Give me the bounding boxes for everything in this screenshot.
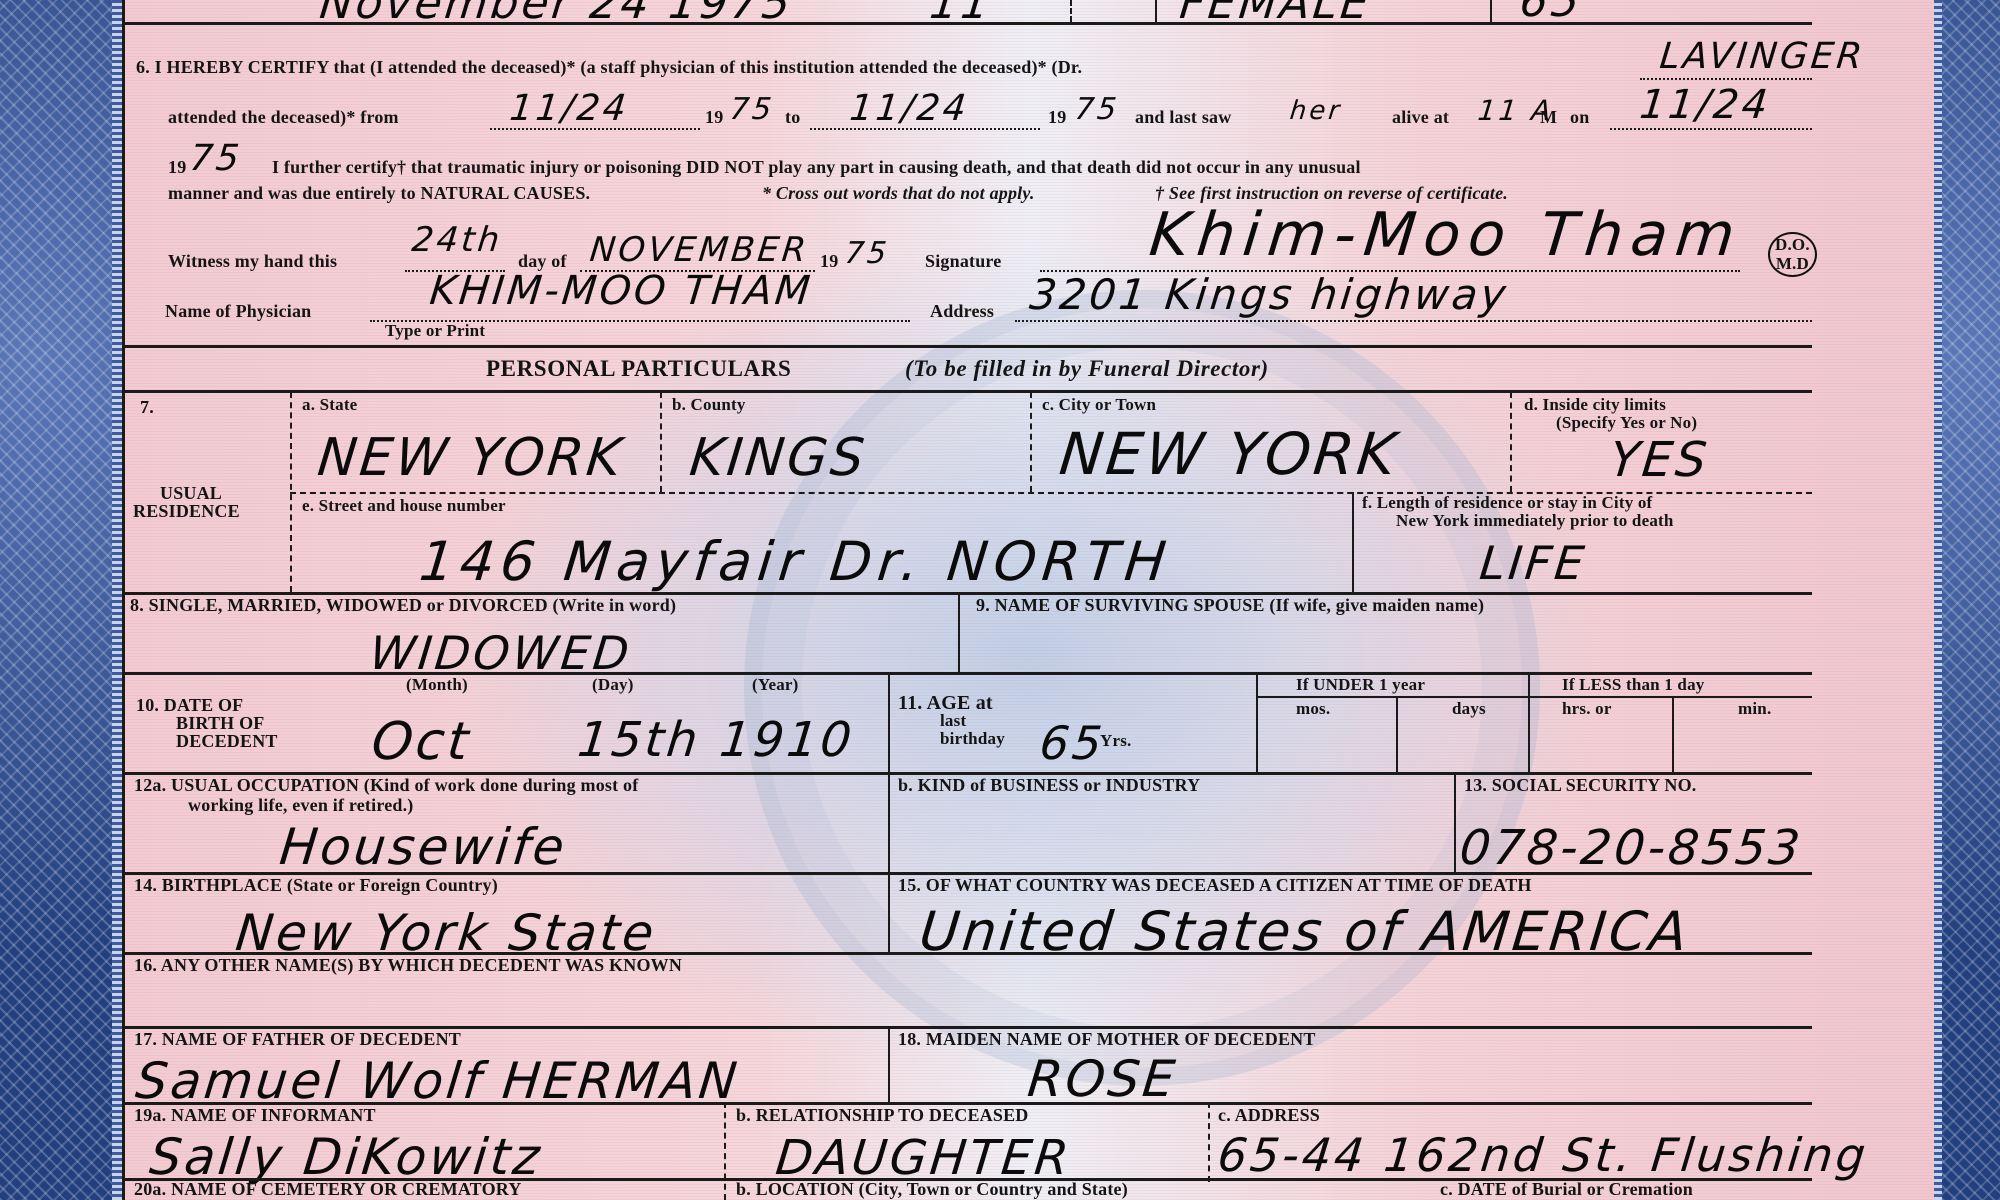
year-prefix: 19 (1048, 108, 1066, 128)
informant-address-value: 65-44 162nd St. Flushing (1215, 1128, 1871, 1182)
alive-at-label: alive at (1392, 108, 1449, 128)
witness-day-value: 24th (410, 220, 504, 260)
divider (1070, 0, 1072, 22)
divider (1208, 1102, 1210, 1182)
mother-maiden-value: ROSE (1025, 1050, 1181, 1108)
meridiem: M (1540, 108, 1557, 128)
divider (1528, 672, 1530, 772)
to-label: to (785, 108, 800, 128)
witness-month-value: NOVEMBER (588, 230, 811, 270)
length-residence-sublabel: New York immediately prior to death (1396, 512, 1674, 531)
divider (1155, 0, 1157, 22)
credential-circle: D.O. M.D (1768, 232, 1817, 277)
street-label: e. Street and house number (302, 497, 506, 516)
informant-address-label: c. ADDRESS (1218, 1106, 1320, 1126)
marital-status-label: 8. SINGLE, MARRIED, WIDOWED or DIVORCED … (130, 596, 676, 616)
min-label: min. (1738, 700, 1771, 719)
business-label: b. KIND of BUSINESS or INDUSTRY (898, 776, 1200, 796)
year-prefix: 19 (705, 108, 723, 128)
county-label: b. County (672, 396, 746, 415)
divider (888, 772, 890, 872)
type-or-print-label: Type or Print (385, 322, 485, 341)
citizenship-label: 15. OF WHAT COUNTRY WAS DECEASED A CITIZ… (898, 876, 1532, 896)
certify-line-1: 6. I HEREBY CERTIFY that (I attended the… (136, 58, 1082, 78)
year-prefix: 19 (820, 252, 838, 272)
address-label: Address (930, 302, 994, 322)
cross-out-note: * Cross out words that do not apply. (762, 184, 1035, 204)
cemetery-label: 20a. NAME OF CEMETERY OR CREMATORY (134, 1180, 522, 1200)
dotted-line (1610, 128, 1812, 130)
physician-address-value: 3201 Kings highway (1027, 270, 1511, 319)
dob-year-value: 1910 (717, 712, 857, 768)
rule (124, 345, 1812, 348)
year-header: (Year) (752, 676, 799, 695)
dob-label-3: DECEDENT (176, 732, 278, 752)
from-date-value: 11/24 (508, 88, 631, 129)
security-border-left (0, 0, 118, 1200)
divider (1030, 392, 1032, 492)
ssn-label: 13. SOCIAL SECURITY NO. (1464, 776, 1696, 796)
natural-causes-text: manner and was due entirely to NATURAL C… (168, 184, 590, 204)
further-certify-text: I further certify† that traumatic injury… (272, 158, 1361, 178)
city-value: NEW YORK (1056, 420, 1401, 488)
line3-year-value: 75 (188, 138, 244, 179)
relationship-label: b. RELATIONSHIP TO DECEASED (736, 1106, 1029, 1126)
to-date-value: 11/24 (848, 88, 971, 129)
under-1-year-header: If UNDER 1 year (1296, 676, 1425, 695)
from-year-value: 75 (728, 92, 776, 127)
inside-city-sublabel: (Specify Yes or No) (1556, 414, 1697, 433)
signature-label: Signature (925, 252, 1001, 272)
security-border-right (1942, 0, 2000, 1200)
divider (660, 392, 662, 492)
on-date-value: 11/24 (1638, 82, 1773, 128)
witness-label: Witness my hand this (168, 252, 337, 272)
dotted-line (1015, 320, 1812, 322)
residence-label: RESIDENCE (133, 502, 240, 522)
divider (958, 592, 960, 672)
state-value: NEW YORK (315, 428, 627, 488)
dob-month-value: Oct (369, 712, 474, 772)
rule (124, 22, 1812, 25)
physician-signature: Khim-Moo Tham (1146, 200, 1746, 270)
city-label: c. City or Town (1042, 396, 1156, 415)
doctor-name-value: LAVINGER (1658, 36, 1867, 77)
county-value: KINGS (687, 428, 870, 488)
age-label-3: birthday (940, 730, 1005, 749)
hrs-label: hrs. or (1562, 700, 1612, 719)
father-name-label: 17. NAME OF FATHER OF DECEDENT (134, 1030, 461, 1050)
mother-maiden-label: 18. MAIDEN NAME OF MOTHER OF DECEDENT (898, 1030, 1316, 1050)
burial-date-label: c. DATE of Burial or Cremation (1440, 1180, 1693, 1200)
divider (724, 1102, 726, 1200)
form-left-rule (122, 0, 125, 1200)
divider (1256, 672, 1258, 772)
divider (888, 672, 890, 772)
street-value: 146 Mayfair Dr. NORTH (417, 530, 1175, 593)
section-7-number: 7. (140, 398, 154, 418)
to-year-value: 75 (1073, 92, 1121, 127)
divider (888, 872, 890, 952)
divider (1672, 696, 1674, 772)
age-value: 65 (1037, 716, 1107, 770)
birthplace-label: 14. BIRTHPLACE (State or Foreign Country… (134, 876, 498, 896)
physician-name-value: KHIM-MOO THAM (428, 268, 815, 314)
informant-label: 19a. NAME OF INFORMANT (134, 1106, 376, 1126)
less-than-1-day-header: If LESS than 1 day (1562, 676, 1705, 695)
ssn-value: 078-20-8553 (1457, 820, 1805, 876)
physician-name-label: Name of Physician (165, 302, 311, 322)
days-label: days (1452, 700, 1486, 719)
month-header: (Month) (406, 676, 468, 695)
witness-year-value: 75 (843, 236, 891, 271)
pronoun-value: her (1288, 96, 1343, 126)
dob-day-value: 15th (575, 712, 703, 768)
year-prefix: 19 (168, 158, 186, 178)
credential-do: D.O. (1775, 236, 1810, 255)
inside-city-label: d. Inside city limits (1524, 396, 1666, 415)
inside-city-value: YES (1607, 432, 1712, 488)
doctor-dotted-line (1640, 78, 1812, 80)
occupation-label: 12a. USUAL OCCUPATION (Kind of work done… (134, 776, 638, 796)
occupation-value: Housewife (277, 818, 570, 876)
divider (1490, 0, 1492, 22)
divider (1396, 696, 1398, 772)
day-header: (Day) (592, 676, 634, 695)
rule (124, 390, 1812, 393)
divider (1510, 392, 1512, 492)
mos-label: mos. (1296, 700, 1330, 719)
length-residence-value: LIFE (1477, 536, 1589, 590)
location-label: b. LOCATION (City, Town or Country and S… (736, 1180, 1128, 1200)
attended-label: attended the deceased)* from (168, 108, 399, 128)
state-label: a. State (302, 396, 357, 415)
rule (1256, 696, 1812, 698)
age-unit: Yrs. (1100, 732, 1132, 751)
credential-md: M.D (1775, 255, 1810, 274)
divider (1454, 772, 1456, 872)
personal-particulars-note: (To be filled in by Funeral Director) (905, 356, 1269, 381)
occupation-sublabel: working life, even if retired.) (188, 796, 414, 816)
divider (888, 1026, 890, 1102)
personal-particulars-title: PERSONAL PARTICULARS (486, 356, 791, 381)
last-saw-label: and last saw (1135, 108, 1231, 128)
rule (124, 672, 1812, 675)
divider (1352, 492, 1354, 592)
surviving-spouse-label: 9. NAME OF SURVIVING SPOUSE (If wife, gi… (976, 596, 1484, 616)
other-names-label: 16. ANY OTHER NAME(S) BY WHICH DECEDENT … (134, 956, 682, 976)
on-label: on (1570, 108, 1589, 128)
length-residence-label: f. Length of residence or stay in City o… (1362, 494, 1652, 513)
age-label-2: last (940, 712, 966, 731)
